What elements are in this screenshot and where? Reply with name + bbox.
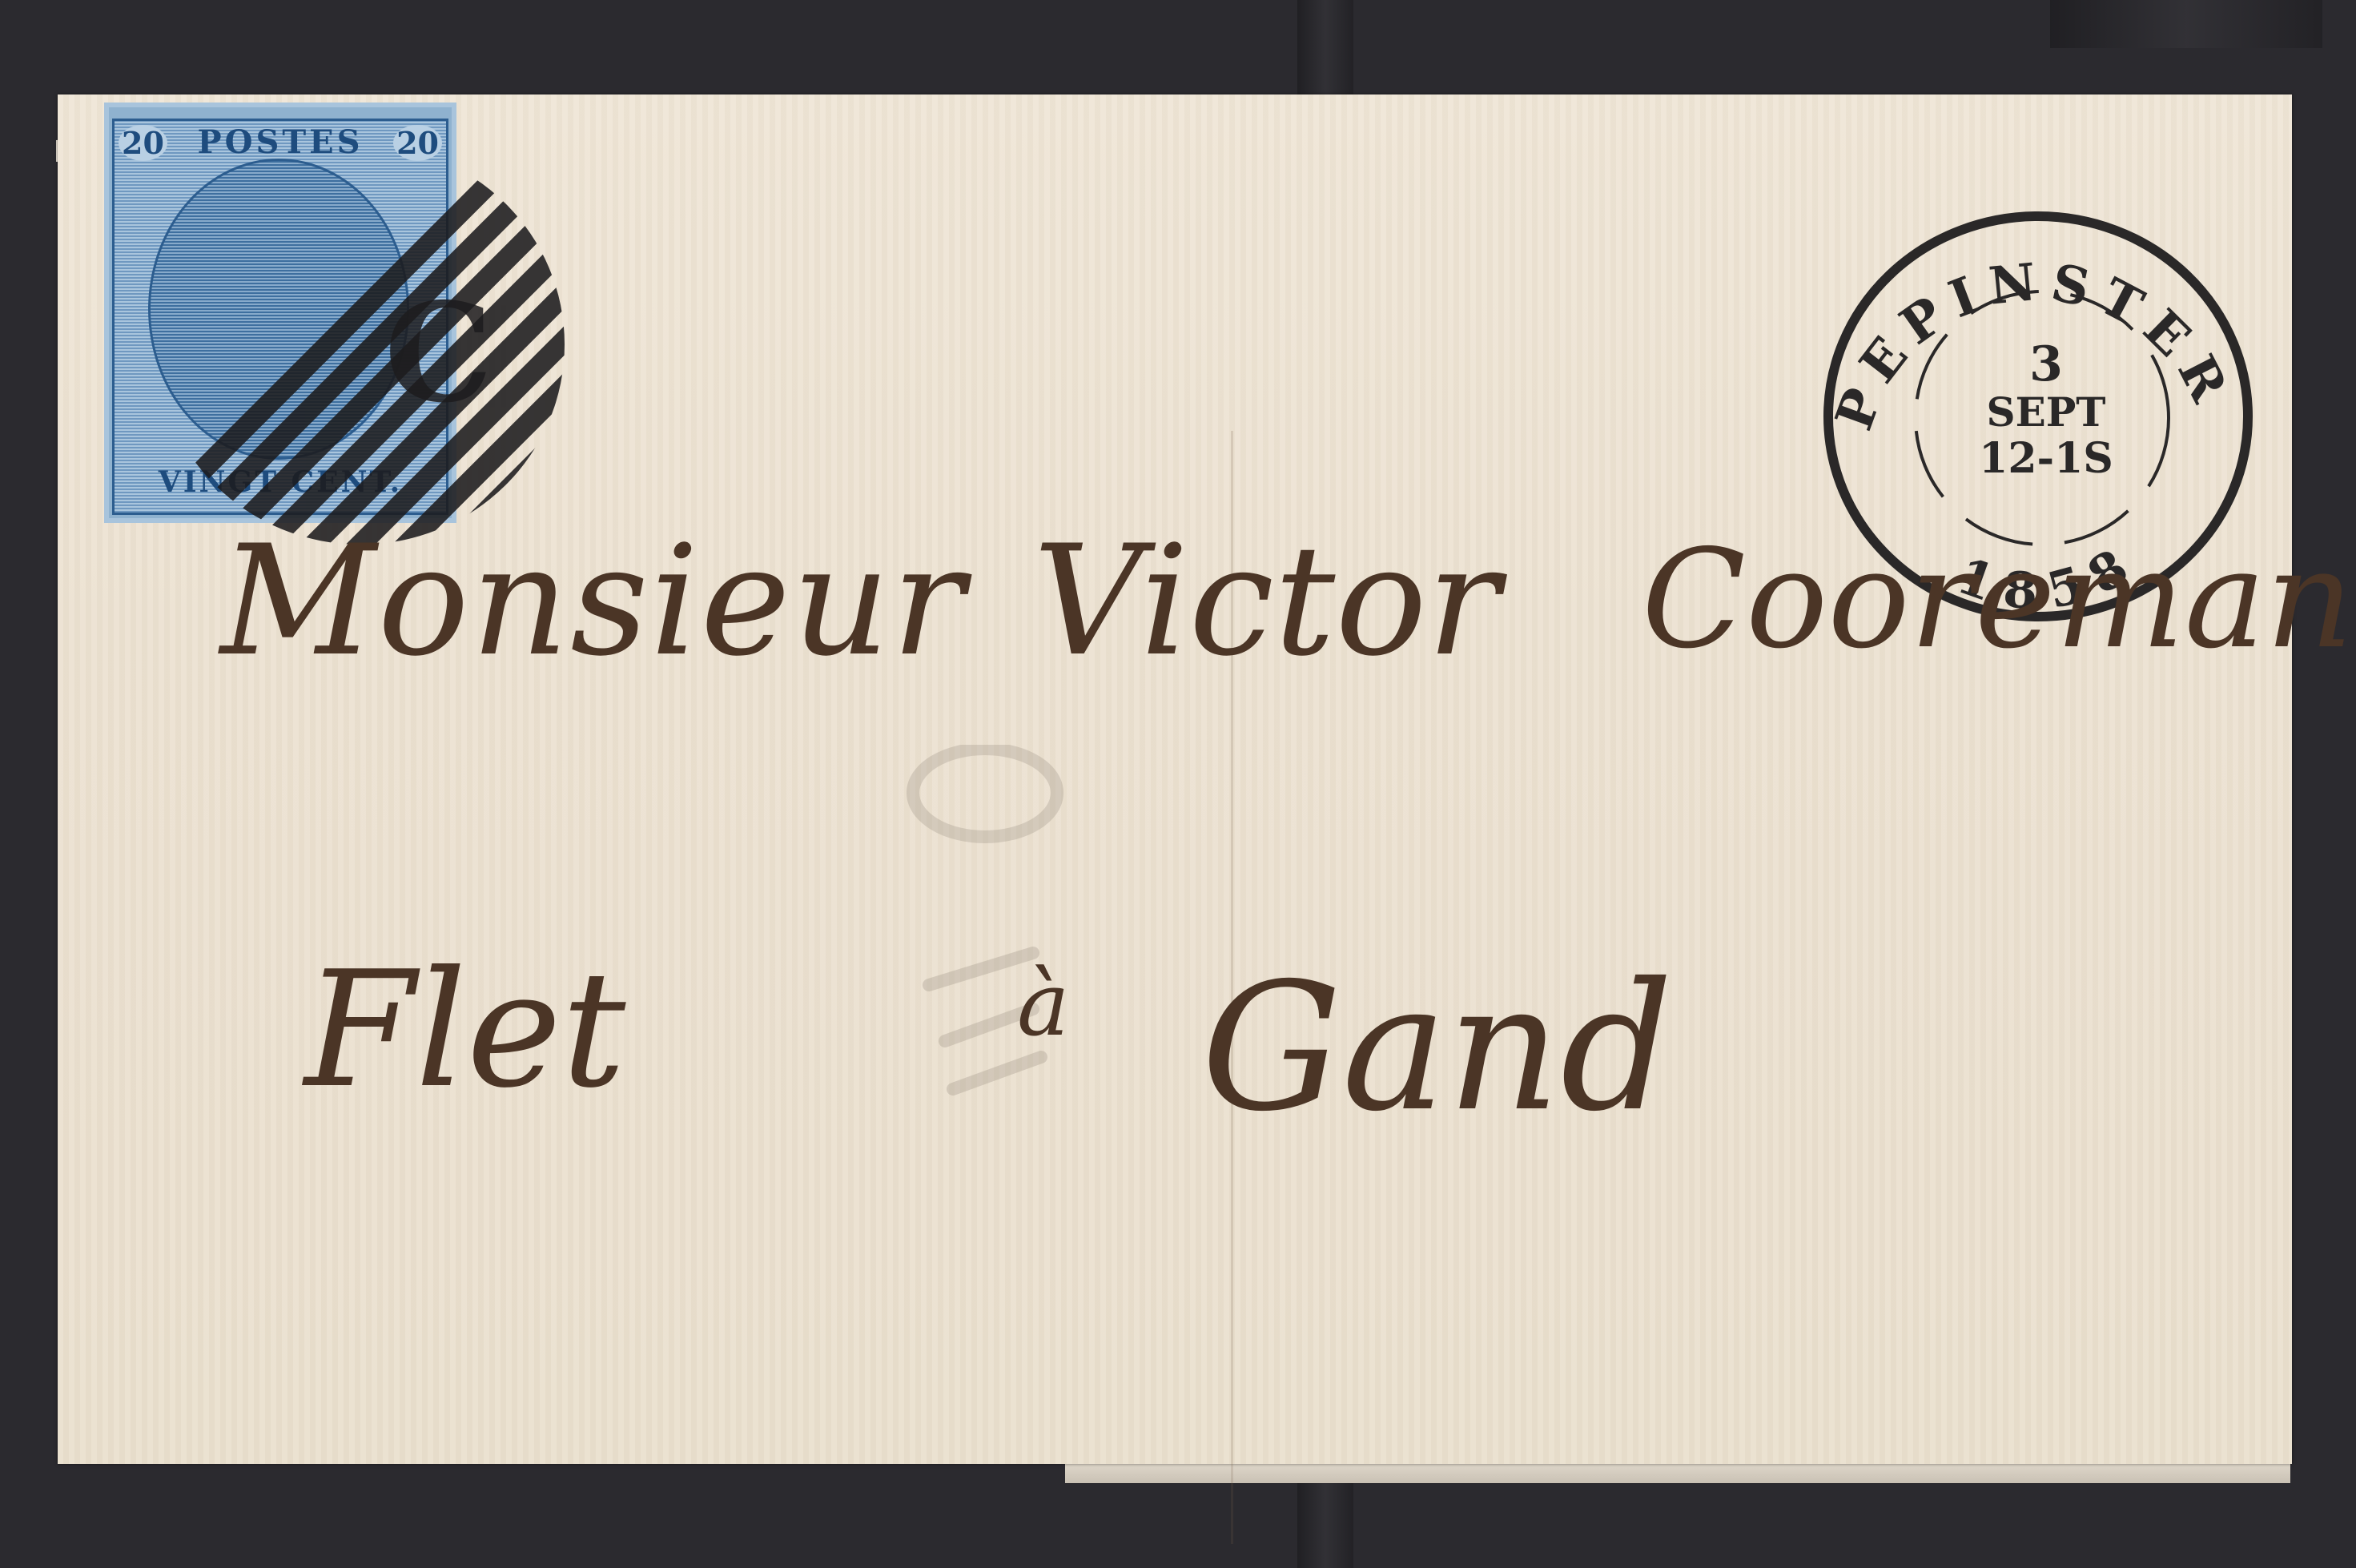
postmark-time: 12-1S [1979, 434, 2113, 483]
cancel-numeral: C [384, 273, 493, 433]
postmark-month: SEPT [1986, 388, 2105, 436]
address-city: Gand [1201, 945, 1673, 1150]
background-scan-streak [2050, 0, 2322, 48]
postmark-day: 3 [2029, 336, 2063, 392]
address-surname: Cooreman [1642, 521, 2354, 679]
address-first-name: Victor [1033, 513, 1500, 690]
address-preposition: à [1017, 953, 1070, 1055]
address-line2-prefix: Flet [304, 937, 625, 1124]
barred-cancel-icon: C [120, 136, 569, 553]
address-title: Monsieur [220, 513, 966, 690]
